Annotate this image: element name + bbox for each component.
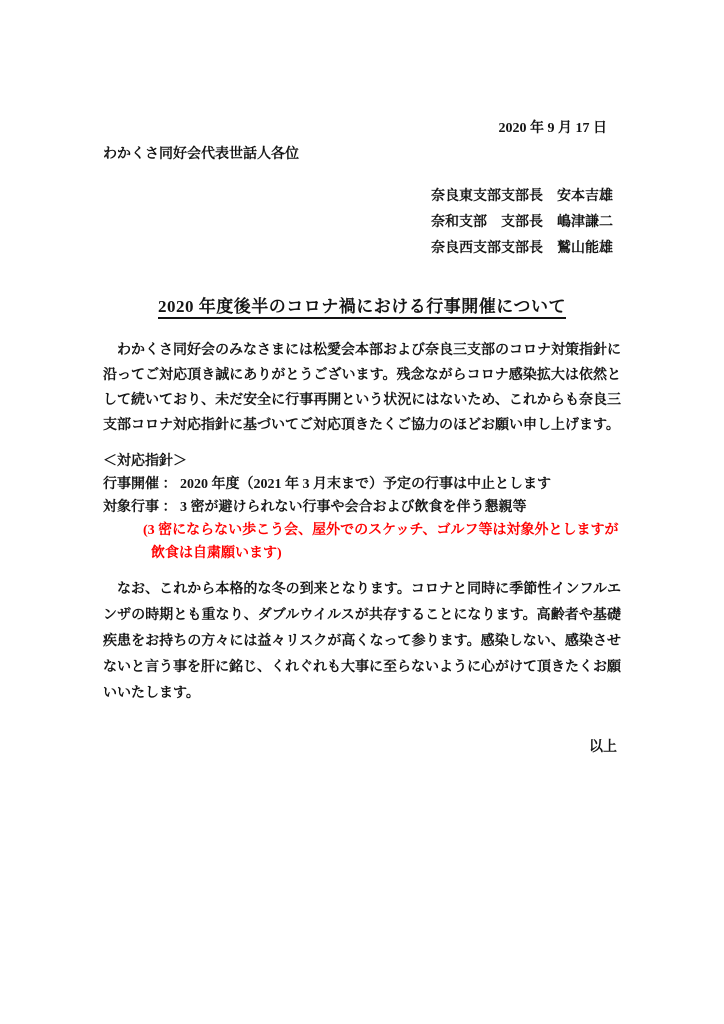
red-note-line-1: (3 密にならない歩こう会、屋外でのスケッチ、ゴルフ等は対象外としますが [143,519,621,542]
addressee: わかくさ同好会代表世話人各位 [103,142,621,168]
sender-list: 奈良東支部支部長 安本吉雄 奈和支部 支部長 嶋津謙二 奈良西支部支部長 鷲山能… [103,184,621,262]
guideline-event-policy: 行事開催 ： 2020 年度（2021 年 3 月末まで）予定の行事は中止としま… [103,473,621,496]
sender-line-nara-east: 奈良東支部支部長 安本吉雄 [103,184,613,210]
closing-word: 以上 [103,735,621,761]
document-title: 2020 年度後半のコロナ禍における行事開催について [103,292,621,322]
sender-line-nawa: 奈和支部 支部長 嶋津謙二 [103,210,613,236]
guidelines-section: ＜対応指針＞ 行事開催 ： 2020 年度（2021 年 3 月末まで）予定の行… [103,450,621,565]
intro-paragraph: わかくさ同好会のみなさまには松愛会本部および奈良三支部のコロナ対策指針に沿ってご… [103,338,621,438]
sender-line-nara-west: 奈良西支部支部長 鷲山能雄 [103,236,613,262]
document-page: 2020 年 9 月 17 日 わかくさ同好会代表世話人各位 奈良東支部支部長 … [0,0,724,1024]
closing-paragraph: なお、これから本格的な冬の到来となります。コロナと同時に季節性インフルエンザの時… [103,577,621,707]
document-title-text: 2020 年度後半のコロナ禍における行事開催について [158,297,566,319]
guidelines-heading: ＜対応指針＞ [103,450,621,473]
guideline-target-events: 対象行事 ： 3 密が避けられない行事や会合および飲食を伴う懇親等 [103,496,621,519]
document-date: 2020 年 9 月 17 日 [103,116,621,142]
red-exception-note: (3 密にならない歩こう会、屋外でのスケッチ、ゴルフ等は対象外としますが 飲食は… [103,519,621,565]
red-note-line-2: 飲食は自粛願います) [143,542,621,565]
